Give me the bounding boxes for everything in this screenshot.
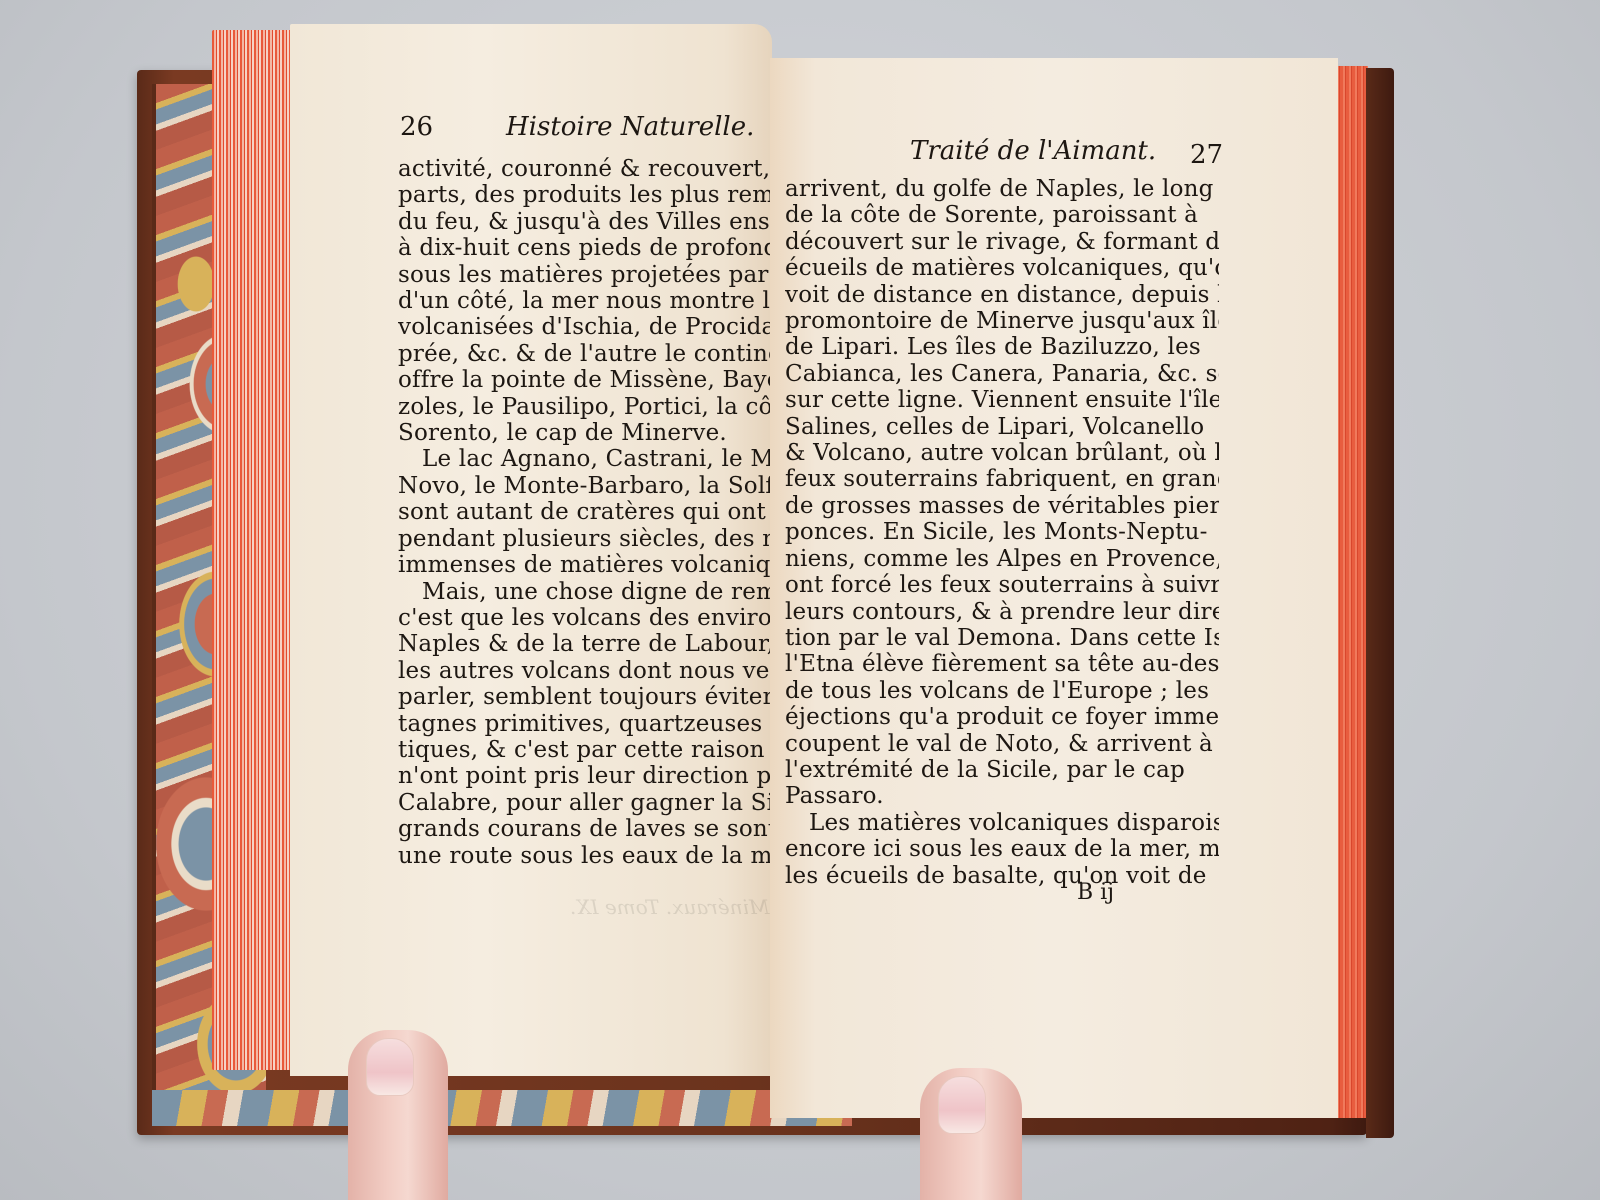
text-line: encore ici sous les eaux de la mer, mais (785, 836, 1219, 862)
right-page-number: 27 (1190, 140, 1223, 170)
text-line: volcanisées d'Ischia, de Procida, de Ca- (398, 314, 770, 340)
left-running-title-text: Histoire Naturelle. (506, 112, 754, 142)
left-running-title: Histoire Naturelle. (506, 112, 754, 142)
text-line: tion par le val Demona. Dans cette Isle, (785, 625, 1219, 651)
text-line: sous les matières projetées par le volca… (398, 262, 770, 288)
right-finger (920, 1068, 1022, 1200)
text-line: coupent le val de Noto, & arrivent à (785, 731, 1219, 757)
text-line: l'Etna élève fièrement sa tête au-dessus (785, 651, 1219, 677)
text-line: Novo, le Monte-Barbaro, la Solfatera (398, 473, 770, 499)
fingernail (938, 1076, 986, 1134)
marbled-endpaper-bottom (152, 1090, 852, 1126)
text-line: sur cette ligne. Viennent ensuite l'île … (785, 387, 1219, 413)
text-line: découvert sur le rivage, & formant des (785, 229, 1219, 255)
left-finger (348, 1030, 448, 1200)
text-line: parts, des produits les plus remarquable… (398, 182, 770, 208)
text-line: de la côte de Sorente, paroissant à (785, 202, 1219, 228)
text-line: écueils de matières volcaniques, qu'on (785, 255, 1219, 281)
text-line: niens, comme les Alpes en Provence, (785, 546, 1219, 572)
red-fore-edge-right (1334, 66, 1368, 1118)
text-line: l'extrémité de la Sicile, par le cap (785, 757, 1219, 783)
leather-cover-right-edge (1366, 68, 1394, 1138)
text-line: pendant plusieurs siècles, des monceaux (398, 526, 770, 552)
text-line: Salines, celles de Lipari, Volcanello (785, 414, 1219, 440)
text-line: Cabianca, les Canera, Panaria, &c. sont (785, 361, 1219, 387)
text-line: & Volcano, autre volcan brûlant, où les (785, 440, 1219, 466)
text-line: offre la pointe de Missène, Baye, Pouz- (398, 367, 770, 393)
text-line: une route sous les eaux de la mer, & (398, 843, 770, 869)
text-line: Calabre, pour aller gagner la Sicile. Le… (398, 790, 770, 816)
text-line: n'ont point pris leur direction par la (398, 763, 770, 789)
text-line: Passaro. (785, 783, 1219, 809)
text-line: à dix-huit cens pieds de profondeur, (398, 235, 770, 261)
bleed-through-text: Minéraux. Tome IX. (570, 895, 769, 919)
text-line: les autres volcans dont nous venons de (398, 658, 770, 684)
text-line: parler, semblent toujours éviter les mon… (398, 684, 770, 710)
text-line: leurs contours, & à prendre leur direc- (785, 599, 1219, 625)
text-line: Le lac Agnano, Castrani, le Monte- (398, 446, 770, 472)
text-line: prée, &c. & de l'autre le continent nous (398, 341, 770, 367)
text-line: de tous les volcans de l'Europe ; les (785, 678, 1219, 704)
text-line: grands courans de laves se sont frayé (398, 816, 770, 842)
signature-mark: B ij (1077, 880, 1114, 905)
text-line: de Lipari. Les îles de Baziluzzo, les (785, 334, 1219, 360)
text-line: voit de distance en distance, depuis le (785, 282, 1219, 308)
text-line: arrivent, du golfe de Naples, le long (785, 176, 1219, 202)
text-line: sont autant de cratères qui ont vomi (398, 499, 770, 525)
text-line: Sorento, le cap de Minerve. (398, 420, 770, 446)
text-line: c'est que les volcans des environs de (398, 605, 770, 631)
right-running-title: Traité de l'Aimant. (910, 136, 1156, 166)
text-line: Naples & de la terre de Labour, comme (398, 631, 770, 657)
text-line: zoles, le Pausilipo, Portici, la côte de (398, 394, 770, 420)
left-page-number: 26 (400, 112, 433, 142)
text-line: ont forcé les feux souterrains à suivre (785, 572, 1219, 598)
text-line: promontoire de Minerve jusqu'aux îles (785, 308, 1219, 334)
right-running-title-text: Traité de l'Aimant. (910, 136, 1156, 166)
text-line: tiques, & c'est par cette raison qu'ils (398, 737, 770, 763)
text-line: activité, couronné & recouvert, de toute… (398, 156, 770, 182)
text-line: tagnes primitives, quartzeuses & grani- (398, 711, 770, 737)
red-fore-edge-left (212, 30, 297, 1070)
text-line: immenses de matières volcaniques. (398, 552, 770, 578)
text-line: éjections qu'a produit ce foyer immense, (785, 704, 1219, 730)
text-line: de grosses masses de véritables pierres (785, 493, 1219, 519)
text-line: du feu, & jusqu'à des Villes ensevelies (398, 209, 770, 235)
left-page-text: activité, couronné & recouvert, de toute… (398, 156, 770, 869)
text-line: d'un côté, la mer nous montre les Isles (398, 288, 770, 314)
fingernail (366, 1038, 414, 1096)
text-line: les écueils de basalte, qu'on voit de (785, 863, 1219, 889)
text-line: feux souterrains fabriquent, en grand, (785, 466, 1219, 492)
text-line: ponces. En Sicile, les Monts-Neptu- (785, 519, 1219, 545)
right-page-text: arrivent, du golfe de Naples, le longde … (785, 176, 1219, 889)
text-line: Les matières volcaniques disparoissent (785, 810, 1219, 836)
text-line: Mais, une chose digne de remarque, (398, 579, 770, 605)
